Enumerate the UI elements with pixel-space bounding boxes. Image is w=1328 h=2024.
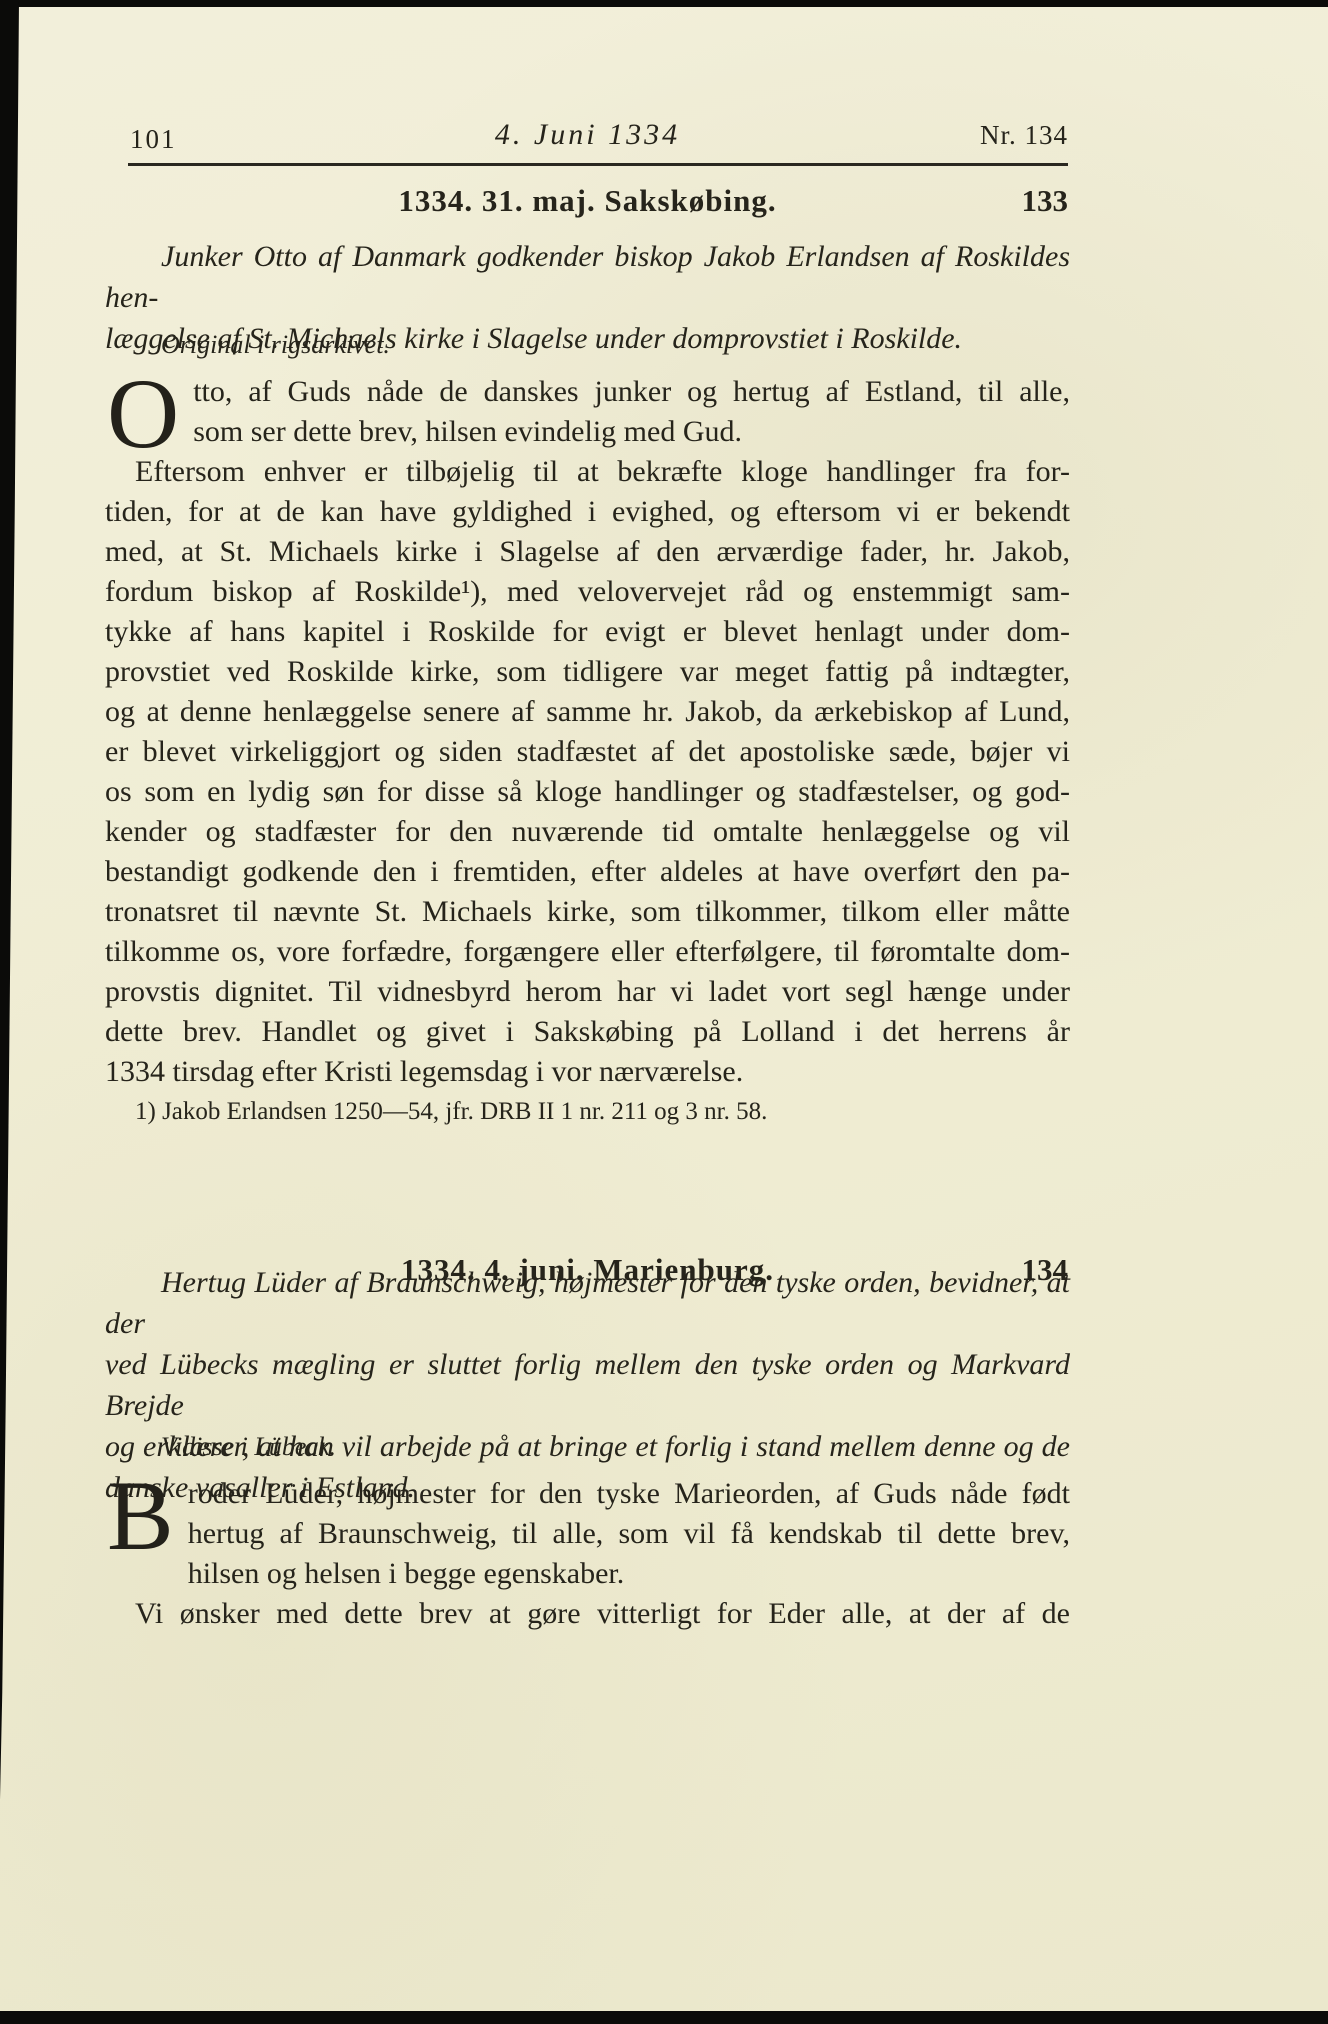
entry-134-body: Vi ønsker med dette brev at gøre vitterl… [105,1594,1070,1634]
page-header: 101 4. Juni 1334 Nr. 134 [105,118,1070,158]
entry-133-footnote: 1) Jakob Erlandsen 1250—54, jfr. DRB II … [105,1098,1070,1126]
entry-133-body: Eftersom enhver er tilbøjelig til at bek… [105,452,1070,1092]
entry-133-body-last-line: 1334 tirsdag efter Kristi legemsdag i vo… [105,1052,1070,1092]
entry-133-source-note: Original i rigsarkivet. [105,330,1070,360]
running-head: 4. Juni 1334 [105,118,1070,152]
scan-border-bottom [0,2011,1328,2024]
entry-133-dropcap: O [107,376,179,456]
entry-134-source-note: Vidisse i Lübeck. [105,1432,1070,1462]
entry-133-date-place: 1334. 31. maj. Sakskøbing. [105,183,1070,219]
entry-133-opening-last-line: som ser dette brev, hilsen evindelig med… [105,412,1070,452]
entry-134-opening-justified: roder Lüder, højmester for den tyske Mar… [105,1474,1070,1554]
entry-133-opening: O tto, af Guds nåde de danskes junker og… [105,372,1070,456]
entry-133-regest-body: Junker Otto af Danmark godkender biskop … [105,236,1070,318]
entry-133-opening-justified: tto, af Guds nåde de danskes junker og h… [105,372,1070,412]
scan-border-left [0,0,19,1800]
entry-134-opening: B roder Lüder, højmester for den tyske M… [105,1474,1070,1594]
header-nr-label: Nr. 134 [980,120,1068,151]
entry-133-number: 133 [1022,183,1069,219]
scanned-book-page: 101 4. Juni 1334 Nr. 134 1334. 31. maj. … [0,0,1328,2024]
header-rule [128,163,1068,166]
entry-133-body-justified: Eftersom enhver er tilbøjelig til at bek… [105,452,1070,1052]
entry-134-body-justified: Vi ønsker med dette brev at gøre vitterl… [105,1594,1070,1634]
entry-134-opening-last-line: hilsen og helsen i begge egenskaber. [105,1554,1070,1594]
entry-134-regest: Hertug Lüder af Braunschweig, højmester … [105,1262,1070,1508]
scan-border-top [0,0,1328,7]
entry-133-dateline: 1334. 31. maj. Sakskøbing. 133 [105,183,1070,223]
entry-134-dropcap: B [107,1478,174,1558]
